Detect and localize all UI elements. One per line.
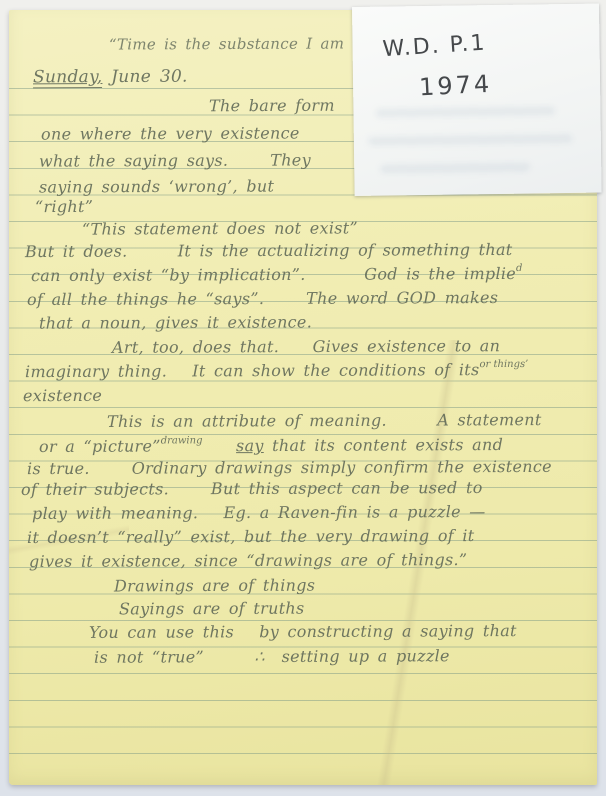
handwritten-line: saying sounds ‘wrong’, but [39,176,274,196]
date-underlined: Sunday, [33,67,103,88]
handwritten-line: of their subjects. But this aspect can b… [21,478,483,499]
superscript-insertion: drawing [161,435,203,446]
handwritten-line: of all the things he “says”. The word GO… [27,288,498,309]
handwritten-line: play with meaning. Eg. a Raven-fin is a … [32,502,486,523]
bleed-through-smudge [380,163,530,174]
sticker-year-label: 1974 [418,70,492,102]
underlined-word: say [236,436,264,455]
handwritten-line: Drawings are of things [114,576,315,596]
sticker-id-label: W.D. P.1 [382,30,487,62]
handwritten-line: imaginary thing. It can show the conditi… [25,360,528,381]
handwritten-line: one where the very existence [41,123,300,143]
handwritten-line: But it does. It is the actualizing of so… [25,240,513,261]
handwritten-line: You can use this by constructing a sayin… [89,621,517,642]
handwritten-line: or a “picture”drawing say that its conte… [39,435,503,456]
handwritten-line: can only exist “by implication”. God is … [31,264,523,285]
header-quote-line: “Time is the substance I am [109,34,344,53]
scanned-journal-page: “Time is the substance I am Sunday, June… [0,0,606,796]
superscript-insertion: or things’ [479,359,528,370]
handwritten-line: is true. Ordinary drawings simply confir… [27,457,552,478]
date-rest: June 30. [102,67,187,87]
archive-sticker: W.D. P.1 1974 [352,4,602,196]
handwritten-line: is not “true” ∴ setting up a puzzle [94,646,450,667]
handwritten-line: it doesn’t “really” exist, but the very … [27,526,475,547]
date-heading: Sunday, June 30. [33,67,188,88]
bleed-through-smudge [375,106,555,118]
handwritten-line: “right” [35,197,93,216]
handwritten-line: what the saying says. They [39,150,311,170]
handwritten-line: The bare form [209,96,335,116]
line-text: or a “picture” [39,436,161,456]
handwritten-line: gives it existence, since “drawings are … [29,550,467,571]
handwritten-line: Art, too, does that. Gives existence to … [112,336,500,357]
superscript-insertion: d [516,263,522,274]
handwritten-line: that a noun, gives it existence. [39,312,312,332]
bleed-through-smudge [368,134,573,146]
handwritten-line: Sayings are of truths [119,599,305,619]
line-text: can only exist “by implication”. God is … [31,264,516,285]
line-text: imaginary thing. It can show the conditi… [25,360,480,381]
handwritten-line: existence [23,386,102,405]
handwritten-line: This is an attribute of meaning. A state… [107,410,542,431]
handwritten-line: “This statement does not exist” [82,218,358,238]
line-text: that its content exists and [264,435,503,455]
